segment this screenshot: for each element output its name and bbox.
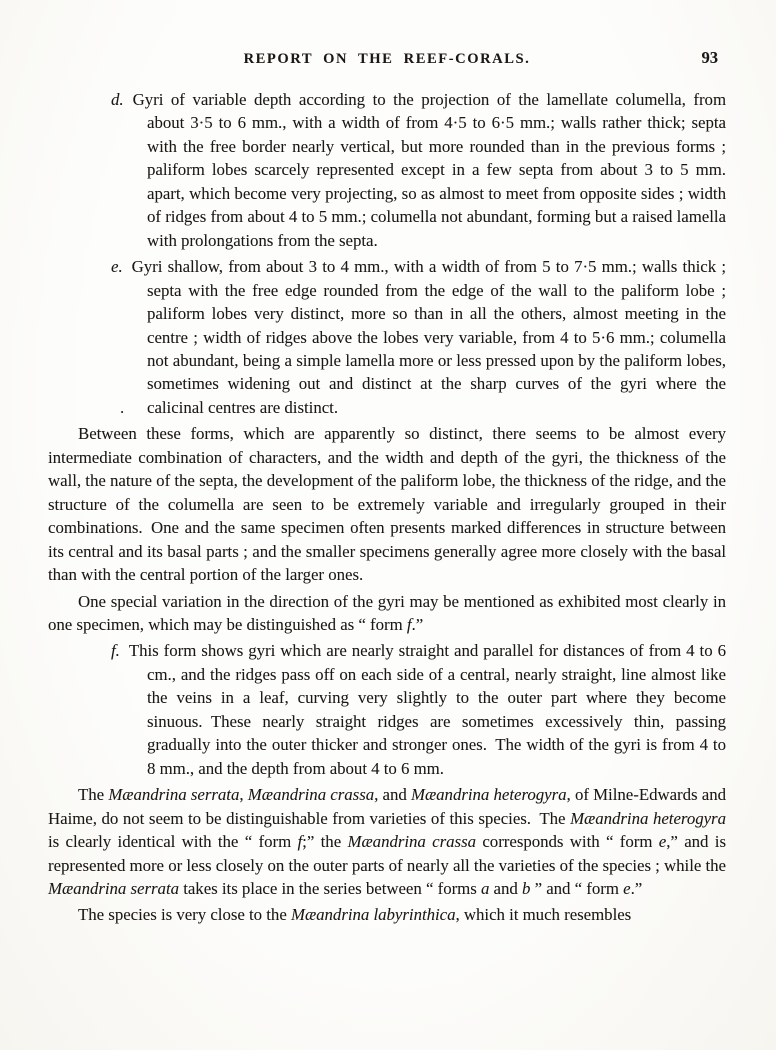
- paragraph-maeandrina-synonyms: The Mæandrina serrata, Mæandrina crassa,…: [48, 783, 726, 900]
- paragraph-form-d-label: d.: [111, 90, 133, 109]
- text-run: is clearly identical with the “ form: [48, 832, 298, 851]
- page-header-title: REPORT ON THE REEF-CORALS.: [244, 51, 531, 67]
- text-run: The species is very close to the: [78, 905, 291, 924]
- text-run: One special variation in the direction o…: [48, 592, 726, 634]
- text-run: corresponds with “ form: [476, 832, 659, 851]
- paragraph-form-e: e.Gyri shallow, from about 3 to 4 mm., w…: [48, 255, 726, 419]
- text-run: Between these forms, which are apparentl…: [48, 424, 726, 584]
- italic-text-run: Mæandrina serrata: [48, 879, 179, 898]
- text-run: This form shows gyri which are nearly st…: [129, 641, 726, 777]
- running-head: REPORT ON THE REEF-CORALS. 93: [48, 50, 726, 72]
- italic-text-run: Mæandrina heterogyra: [411, 785, 567, 804]
- paragraph-form-f-label: f.: [111, 641, 129, 660]
- text-run: Gyri of variable depth according to the …: [133, 90, 726, 250]
- page-body: d.Gyri of variable depth according to th…: [48, 88, 726, 930]
- italic-text-run: e: [623, 879, 630, 898]
- text-run: ,: [239, 785, 247, 804]
- text-run: Gyri shallow, from about 3 to 4 mm., wit…: [132, 257, 726, 417]
- text-run: .”: [631, 879, 643, 898]
- text-run: and: [489, 879, 522, 898]
- text-run: takes its place in the series between “ …: [179, 879, 481, 898]
- text-run: ;” the: [302, 832, 347, 851]
- ink-spot-artifact: .: [120, 396, 124, 419]
- text-run: The: [78, 785, 108, 804]
- text-run: ” and “ form: [530, 879, 623, 898]
- paragraph-form-f: f.This form shows gyri which are nearly …: [48, 639, 726, 780]
- paragraph-form-e-label: e.: [111, 257, 132, 276]
- italic-text-run: Mæandrina serrata: [108, 785, 239, 804]
- italic-text-run: Mæandrina labyrinthica: [291, 905, 456, 924]
- paragraph-species-close: The species is very close to the Mæandri…: [48, 903, 726, 926]
- italic-text-run: Mæandrina crassa: [248, 785, 374, 804]
- italic-text-run: Mæandrina crassa: [348, 832, 477, 851]
- paragraph-form-d: d.Gyri of variable depth according to th…: [48, 88, 726, 252]
- italic-text-run: Mæandrina heterogyra: [570, 809, 726, 828]
- text-run: , which it much resembles: [456, 905, 632, 924]
- page-number: 93: [702, 48, 719, 68]
- book-page: REPORT ON THE REEF-CORALS. 93 d.Gyri of …: [0, 0, 776, 1050]
- text-run: , and: [374, 785, 411, 804]
- paragraph-special-variation: One special variation in the direction o…: [48, 590, 726, 637]
- text-run: .”: [412, 615, 424, 634]
- paragraph-between-forms: Between these forms, which are apparentl…: [48, 422, 726, 586]
